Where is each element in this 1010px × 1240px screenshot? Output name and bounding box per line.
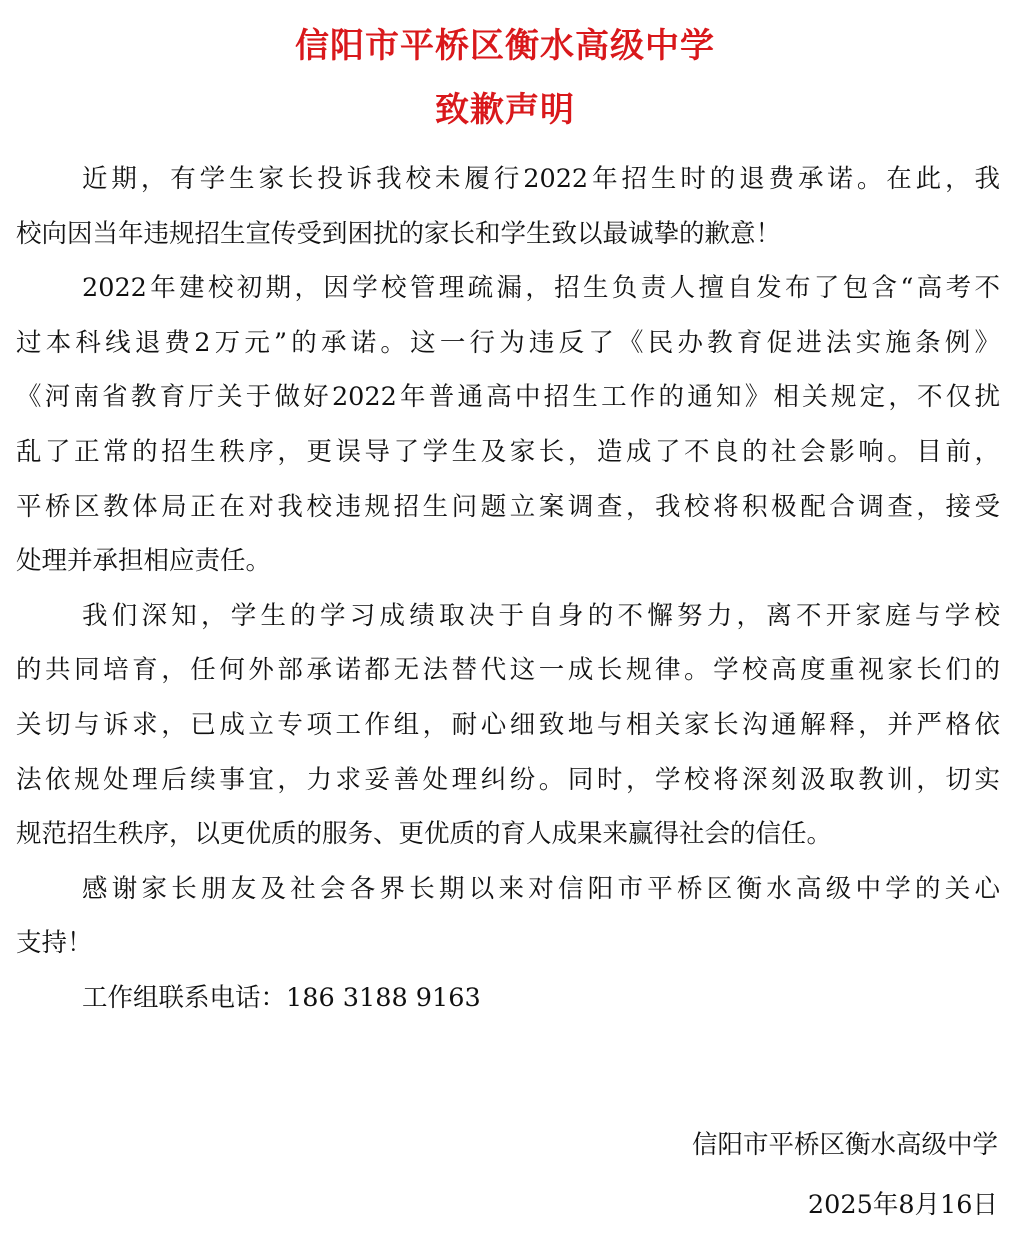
text-line: 处理并承担相应责任。 <box>16 534 1000 589</box>
text-line: 校向因当年违规招生宣传受到困扰的家长和学生致以最诚挚的歉意！ <box>16 207 1000 262</box>
contact-phone: 工作组联系电话：186 3188 9163 <box>16 971 1000 1026</box>
document-title: 信阳市平桥区衡水高级中学 <box>0 26 1010 66</box>
text-line: 支持！ <box>16 916 1000 971</box>
text-line: 乱了正常的招生秩序，更误导了学生及家长，造成了不良的社会影响。目前， <box>16 425 1000 480</box>
text-line: 我们深知，学生的学习成绩取决于自身的不懈努力，离不开家庭与学校 <box>16 589 1000 644</box>
text-line: 的共同培育，任何外部承诺都无法替代这一成长规律。学校高度重视家长们的 <box>16 643 1000 698</box>
signature-date: 2025年8月16日 <box>808 1185 998 1225</box>
signature-organization: 信阳市平桥区衡水高级中学 <box>692 1125 998 1165</box>
text-line: 规范招生秩序，以更优质的服务、更优质的育人成果来赢得社会的信任。 <box>16 807 1000 862</box>
text-line: 平桥区教体局正在对我校违规招生问题立案调查，我校将积极配合调查，接受 <box>16 480 1000 535</box>
text-line: 过本科线退费2万元”的承诺。这一行为违反了《民办教育促进法实施条例》 <box>16 316 1000 371</box>
paragraph-contact: 工作组联系电话：186 3188 9163 <box>16 971 1000 1026</box>
text-line: 2022年建校初期，因学校管理疏漏，招生负责人擅自发布了包含“高考不 <box>16 261 1000 316</box>
text-line: 关切与诉求，已成立专项工作组，耐心细致地与相关家长沟通解释，并严格依 <box>16 698 1000 753</box>
paragraph-thanks: 感谢家长朋友及社会各界长期以来对信阳市平桥区衡水高级中学的关心 支持！ <box>16 862 1000 971</box>
paragraph-commitment: 我们深知，学生的学习成绩取决于自身的不懈努力，离不开家庭与学校 的共同培育，任何… <box>16 589 1000 862</box>
paragraph-apology: 近期，有学生家长投诉我校未履行2022年招生时的退费承诺。在此，我 校向因当年违… <box>16 152 1000 261</box>
paragraph-background: 2022年建校初期，因学校管理疏漏，招生负责人擅自发布了包含“高考不 过本科线退… <box>16 261 1000 589</box>
text-line: 《河南省教育厅关于做好2022年普通高中招生工作的通知》相关规定，不仅扰 <box>16 370 1000 425</box>
statement-body: 近期，有学生家长投诉我校未履行2022年招生时的退费承诺。在此，我 校向因当年违… <box>16 152 1000 1026</box>
text-line: 近期，有学生家长投诉我校未履行2022年招生时的退费承诺。在此，我 <box>16 152 1000 207</box>
document-subtitle: 致歉声明 <box>0 90 1010 130</box>
text-line: 感谢家长朋友及社会各界长期以来对信阳市平桥区衡水高级中学的关心 <box>16 862 1000 917</box>
text-line: 法依规处理后续事宜，力求妥善处理纠纷。同时，学校将深刻汲取教训，切实 <box>16 753 1000 808</box>
